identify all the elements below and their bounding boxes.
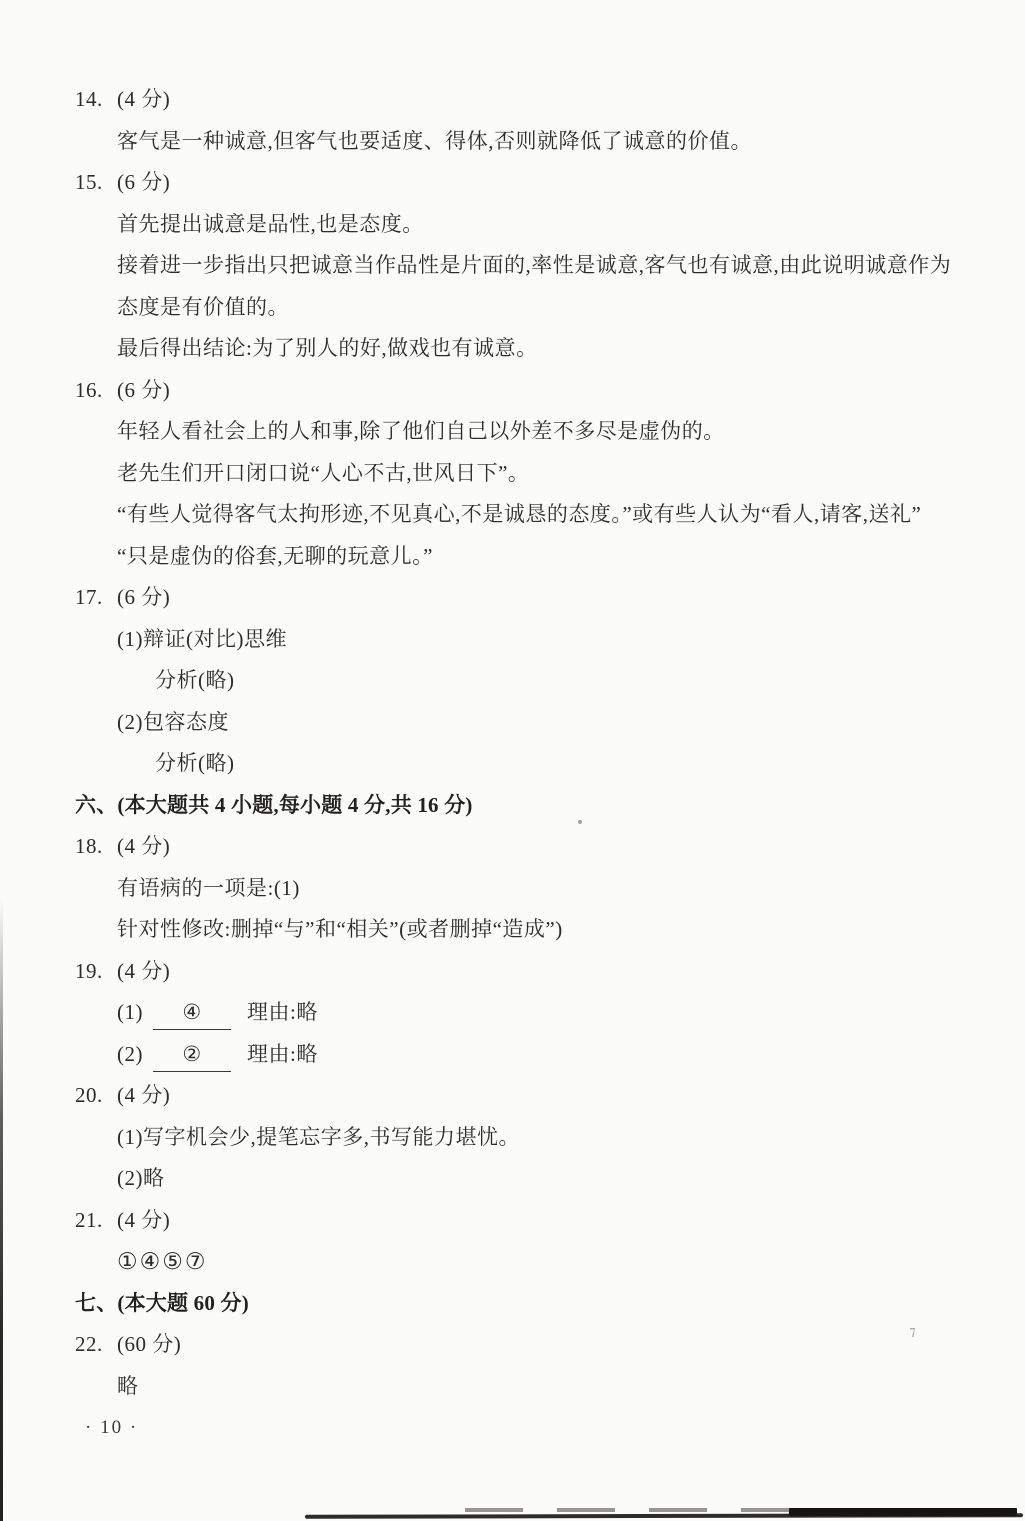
item-21-header: 21. (4 分)	[0, 1200, 1025, 1242]
answer-text-line: ①④⑤⑦	[0, 1241, 1025, 1283]
item-score: (60 分)	[117, 1324, 181, 1366]
item-score: (4 分)	[117, 826, 170, 868]
item-number: 17.	[75, 577, 103, 619]
answer-text: 分析(略)	[155, 743, 235, 785]
answer-text-line: (1)写字机会少,提笔忘字多,书写能力堪忧。	[0, 1117, 1025, 1159]
scanned-answer-key-page: 14. (4 分) 客气是一种诚意,但客气也要适度、得体,否则就降低了诚意的价值…	[0, 0, 1025, 1521]
answer-text: (2)略	[117, 1158, 165, 1200]
answer-text: “只是虚伪的俗套,无聊的玩意儿。”	[117, 536, 433, 578]
item-number: 21.	[75, 1200, 103, 1242]
item-number: 22.	[75, 1324, 103, 1366]
item-number: 19.	[75, 951, 103, 993]
answer-text: 有语病的一项是:(1)	[117, 868, 300, 910]
item-score: (4 分)	[117, 951, 170, 993]
answer-blank-group: (2)②理由:略	[117, 1034, 318, 1076]
answer-text-line: 态度是有价值的。	[0, 287, 1025, 329]
item-14-header: 14. (4 分)	[0, 79, 1025, 121]
item-score: (6 分)	[117, 162, 170, 204]
scan-speck	[578, 820, 582, 824]
answer-blank-value: ④	[153, 995, 231, 1030]
answer-text-line: “只是虚伪的俗套,无聊的玩意儿。”	[0, 536, 1025, 578]
answer-blank-line: (1)④理由:略	[0, 992, 1025, 1034]
answer-blank-line: (2)②理由:略	[0, 1034, 1025, 1076]
item-18-header: 18. (4 分)	[0, 826, 1025, 868]
answer-blank-group: (1)④理由:略	[117, 992, 318, 1034]
item-score: (4 分)	[117, 1075, 170, 1117]
answer-text: (2)包容态度	[117, 702, 229, 744]
answer-text: 分析(略)	[155, 660, 235, 702]
answer-text-line: 接着进一步指出只把诚意当作品性是片面的,率性是诚意,客气也有诚意,由此说明诚意作…	[0, 245, 1025, 287]
answer-text: 略	[117, 1366, 139, 1408]
answer-text-line: 老先生们开口闭口说“人心不古,世风日下”。	[0, 453, 1025, 495]
item-number: 14.	[75, 79, 103, 121]
item-15-header: 15. (6 分)	[0, 162, 1025, 204]
item-22-header: 22. (60 分)	[0, 1324, 1025, 1366]
scan-edge-shadow-left	[0, 898, 3, 1521]
answer-text-line: 分析(略)	[0, 660, 1025, 702]
answer-text: 客气是一种诚意,但客气也要适度、得体,否则就降低了诚意的价值。	[117, 121, 752, 163]
answer-text-line: 略	[0, 1366, 1025, 1408]
answer-text: 针对性修改:删掉“与”和“相关”(或者删掉“造成”)	[117, 909, 563, 951]
answer-blank-value: ②	[153, 1037, 231, 1072]
answer-text: 接着进一步指出只把诚意当作品性是片面的,率性是诚意,客气也有诚意,由此说明诚意作…	[117, 245, 951, 287]
item-19-header: 19. (4 分)	[0, 951, 1025, 993]
answer-text-line: (1)辩证(对比)思维	[0, 619, 1025, 661]
item-20-header: 20. (4 分)	[0, 1075, 1025, 1117]
answer-text-line: 客气是一种诚意,但客气也要适度、得体,否则就降低了诚意的价值。	[0, 121, 1025, 163]
item-number: 15.	[75, 162, 103, 204]
section-heading-7: 七、(本大题 60 分)	[0, 1283, 1025, 1325]
section-heading-text: 六、(本大题共 4 小题,每小题 4 分,共 16 分)	[75, 785, 473, 827]
scan-artifact-bottom-corner	[789, 1508, 1017, 1516]
item-score: (4 分)	[117, 79, 170, 121]
answer-text: 最后得出结论:为了别人的好,做戏也有诚意。	[117, 328, 538, 370]
answer-text-line: 年轻人看社会上的人和事,除了他们自己以外差不多尽是虚伪的。	[0, 411, 1025, 453]
answer-suffix: 理由:略	[247, 1042, 318, 1066]
answer-text: “有些人觉得客气太拘形迹,不见真心,不是诚恳的态度。”或有些人认为“看人,请客,…	[117, 494, 921, 536]
item-score: (6 分)	[117, 577, 170, 619]
answer-text-line: 针对性修改:删掉“与”和“相关”(或者删掉“造成”)	[0, 909, 1025, 951]
answer-text-line: 分析(略)	[0, 743, 1025, 785]
answer-circled-numbers: ①④⑤⑦	[117, 1241, 207, 1283]
answer-text: 年轻人看社会上的人和事,除了他们自己以外差不多尽是虚伪的。	[117, 411, 725, 453]
answer-text-line: (2)包容态度	[0, 702, 1025, 744]
answer-text: 首先提出诚意是品性,也是态度。	[117, 204, 424, 246]
item-number: 18.	[75, 826, 103, 868]
answer-suffix: 理由:略	[247, 1000, 318, 1024]
answer-text-line: 最后得出结论:为了别人的好,做戏也有诚意。	[0, 328, 1025, 370]
answer-text-line: “有些人觉得客气太拘形迹,不见真心,不是诚恳的态度。”或有些人认为“看人,请客,…	[0, 494, 1025, 536]
answer-text: 老先生们开口闭口说“人心不古,世风日下”。	[117, 453, 529, 495]
section-heading-text: 七、(本大题 60 分)	[75, 1283, 249, 1325]
item-17-header: 17. (6 分)	[0, 577, 1025, 619]
answer-text-line: (2)略	[0, 1158, 1025, 1200]
answer-prefix: (2)	[117, 1042, 143, 1066]
answer-text-line: 有语病的一项是:(1)	[0, 868, 1025, 910]
answer-text: (1)写字机会少,提笔忘字多,书写能力堪忧。	[117, 1117, 520, 1159]
item-score: (6 分)	[117, 370, 170, 412]
item-score: (4 分)	[117, 1200, 170, 1242]
answer-text: 态度是有价值的。	[117, 287, 289, 329]
answer-text: (1)辩证(对比)思维	[117, 619, 287, 661]
item-number: 20.	[75, 1075, 103, 1117]
item-16-header: 16. (6 分)	[0, 370, 1025, 412]
answer-text-line: 首先提出诚意是品性,也是态度。	[0, 204, 1025, 246]
section-heading-6: 六、(本大题共 4 小题,每小题 4 分,共 16 分)	[0, 785, 1025, 827]
item-number: 16.	[75, 370, 103, 412]
answer-key-content: 14. (4 分) 客气是一种诚意,但客气也要适度、得体,否则就降低了诚意的价值…	[0, 79, 1025, 1407]
answer-prefix: (1)	[117, 1000, 143, 1024]
page-number: · 10 ·	[85, 1413, 138, 1443]
